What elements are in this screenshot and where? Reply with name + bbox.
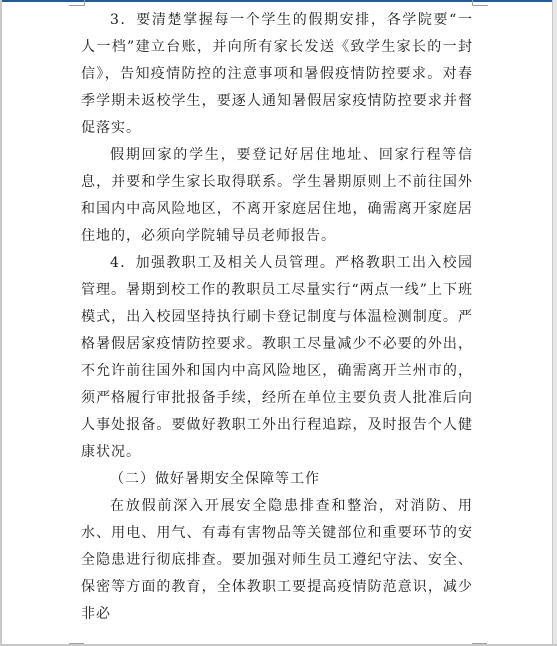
paragraph-staff-management: 4．加强教职工及相关人员管理。严格教职工出入校园管理。暑期到校工作的教职员工尽量… [81, 250, 473, 466]
margin-corner-mark-top-right [472, 0, 488, 6]
margin-corner-mark-bottom-left [69, 643, 84, 644]
paragraph-students-home: 假期回家的学生，要登记好居住地址、回家行程等信息，并要和学生家长取得联系。学生暑… [81, 142, 473, 250]
document-body[interactable]: 3．要清楚掌握每一个学生的假期安排，各学院要“一人一档”建立台账，并向所有家长发… [81, 7, 473, 628]
page-left-edge [0, 0, 2, 646]
paragraph-safety-inspection: 在放假前深入开展安全隐患排查和整治，对消防、用水、用电、用气、有毒有害物品等关键… [81, 493, 473, 628]
margin-corner-mark-bottom-right [472, 643, 487, 644]
section-heading-summer-safety: （二）做好暑期安全保障等工作 [81, 466, 473, 493]
margin-corner-mark-top-left [69, 0, 85, 6]
paragraph-student-arrangements: 3．要清楚掌握每一个学生的假期安排，各学院要“一人一档”建立台账，并向所有家长发… [81, 7, 473, 142]
vertical-scrollbar[interactable] [552, 0, 557, 646]
